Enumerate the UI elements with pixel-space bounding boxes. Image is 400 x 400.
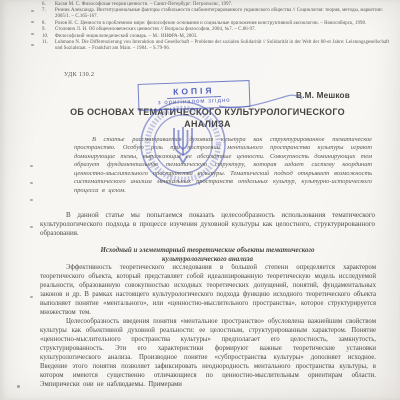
abstract-text: В статье рассматривается духовная культу… (74, 136, 372, 195)
reference-text: Столович Л. Н. Об общечеловеческих ценно… (55, 27, 392, 33)
udc-code: УДК 130.2 (64, 71, 94, 78)
scan-artifact (31, 44, 34, 46)
reference-text: Luhmann N. Die Differenzierung von Inter… (55, 40, 392, 52)
body-text: Эффективность теоретического исследовани… (40, 264, 376, 400)
scan-artifact (31, 33, 34, 35)
reference-text: Философский энциклопедический словарь. –… (55, 34, 392, 40)
reference-item: 6. Каган М. С. Философская теория ценнос… (42, 2, 392, 8)
scan-artifact (31, 10, 34, 12)
reference-number: 8. (42, 21, 55, 27)
reference-item: 7. Резник Александр. Институциональные ф… (42, 8, 392, 20)
stamp-title: КОПІЯ (167, 85, 221, 99)
copy-certification-stamp: КОПІЯ з оригіналом згідно (138, 80, 251, 111)
scan-artifact (30, 182, 33, 184)
scan-artifact (17, 385, 20, 388)
scan-artifact (30, 296, 33, 298)
reference-item: 8. Розов Н. С. Ценности в проблемном мир… (42, 21, 392, 27)
reference-number: 11. (42, 40, 55, 52)
scan-artifact (30, 165, 33, 167)
reference-item: 10. Философский энциклопедический словар… (42, 34, 392, 40)
article-title: ОБ ОСНОВАХ ТЕМАТИЧЕСКОГО КУЛЬТУРОЛОГИЧЕС… (40, 107, 375, 130)
reference-text: Розов Н. С. Ценности в проблемном мире: … (55, 21, 392, 27)
author-name: В.М. Мешков (296, 91, 350, 100)
stamp-subtitle: з оригіналом згідно (158, 98, 231, 107)
scan-artifact (30, 199, 33, 201)
reference-text: Резник Александр. Институциональные факт… (55, 8, 392, 20)
reference-number: 6. (42, 2, 55, 8)
section-heading-line1: Исходный и элементарный теоретические об… (40, 246, 375, 255)
reference-item: 9. Столович Л. Н. Об общечеловеческих це… (42, 27, 392, 33)
reference-item: 11. Luhmann N. Die Differenzierung von I… (42, 40, 392, 52)
reference-list: 6. Каган М. С. Философская теория ценнос… (42, 2, 392, 52)
body-paragraph: Эффективность теоретического исследовани… (40, 264, 376, 318)
body-paragraph: Целесообразность введения понятия «мента… (40, 318, 376, 390)
reference-number: 9. (42, 27, 55, 33)
scan-artifact (31, 21, 34, 23)
article-title-line2: АНАЛИЗА (40, 119, 375, 131)
section-heading-line2: культурологического анализа (40, 255, 375, 264)
intro-paragraph: В данной статье мы попытаемся показать ц… (40, 211, 375, 238)
section-heading: Исходный и элементарный теоретические об… (40, 246, 375, 264)
reference-text: Каган М. С. Философская теория ценности.… (55, 2, 392, 8)
article-title-line1: ОБ ОСНОВАХ ТЕМАТИЧЕСКОГО КУЛЬТУРОЛОГИЧЕС… (40, 107, 375, 119)
reference-number: 7. (42, 8, 55, 20)
scan-artifact (30, 226, 33, 228)
reference-number: 10. (42, 34, 55, 40)
